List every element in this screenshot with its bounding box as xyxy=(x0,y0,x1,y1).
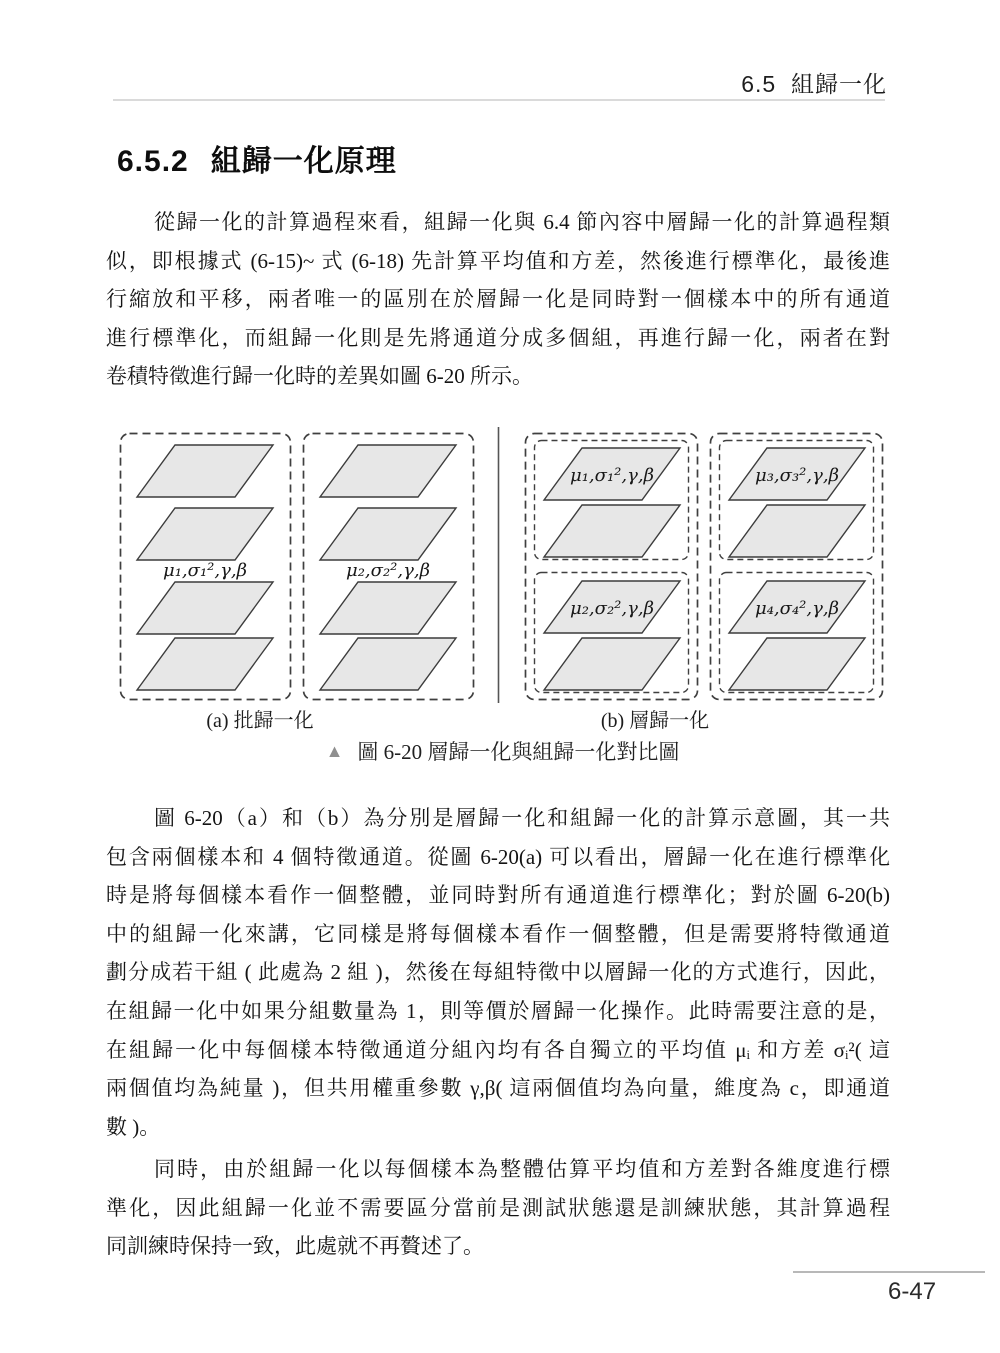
footer-rule xyxy=(793,1271,985,1273)
feature-map-plane xyxy=(137,508,273,560)
panel-b-caption: (b) 層歸一化 xyxy=(601,709,709,732)
feature-map-plane xyxy=(137,445,273,497)
stats-label: μ₂,σ₂²,γ,β xyxy=(346,560,430,581)
caption-triangle-marker: ▲ xyxy=(326,742,344,760)
stats-label: μ₂,σ₂²,γ,β xyxy=(570,598,654,619)
text-line: 劃分成若干組 ( 此處為 2 組 )，然後在每組特徵中以層歸一化的方式進行，因此… xyxy=(106,953,890,992)
section-heading-title: 組歸一化原理 xyxy=(211,136,397,180)
text-line: 包含兩個樣本和 4 個特徵通道。從圖 6-20(a) 可以看出，層歸一化在進行標… xyxy=(106,838,890,877)
text-line: 準化，因此組歸一化並不需要區分當前是測試狀態還是訓練狀態，其計算過程 xyxy=(106,1189,890,1228)
text-line: 在組歸一化中每個樣本特徵通道分組內均有各自獨立的平均值 μᵢ 和方差 σᵢ²( … xyxy=(106,1031,890,1070)
stats-label: μ₁,σ₁²,γ,β xyxy=(570,465,654,486)
text-line: 時是將每個樣本看作一個整體，並同時對所有通道進行標準化；對於圖 6-20(b) xyxy=(106,876,890,915)
feature-map-plane xyxy=(544,505,680,557)
paragraph-3: 同時，由於組歸一化以每個樣本為整體估算平均值和方差對各維度進行標 準化，因此組歸… xyxy=(106,1150,890,1266)
text-line: 從歸一化的計算過程來看，組歸一化與 6.4 節內容中層歸一化的計算過程類 xyxy=(106,203,890,242)
book-page: 6.5 組歸一化 6.5.2 組歸一化原理 從歸一化的計算過程來看，組歸一化與 … xyxy=(0,0,1000,1353)
page-number: 6-47 xyxy=(888,1278,988,1306)
stats-label: μ₃,σ₃²,γ,β xyxy=(755,465,839,486)
text-line: 行縮放和平移，兩者唯一的區別在於層歸一化是同時對一個樣本中的所有通道 xyxy=(106,280,890,319)
text-line: 中的組歸一化來講，它同樣是將每個樣本看作一個整體，但是需要將特徵通道 xyxy=(106,915,890,954)
text-line: 兩個值均為純量 )，但共用權重參數 γ,β( 這兩個值均為向量，維度為 c，即通… xyxy=(106,1069,890,1108)
stats-label: μ₄,σ₄²,γ,β xyxy=(755,598,839,619)
feature-map-plane xyxy=(137,638,273,690)
paragraph-1: 從歸一化的計算過程來看，組歸一化與 6.4 節內容中層歸一化的計算過程類 似，即… xyxy=(106,203,890,396)
stats-label: μ₁,σ₁²,γ,β xyxy=(163,560,247,581)
feature-map-plane xyxy=(320,582,456,634)
feature-map-plane xyxy=(729,638,865,690)
feature-map-plane xyxy=(544,638,680,690)
text-line: 同時，由於組歸一化以每個樣本為整體估算平均值和方差對各維度進行標 xyxy=(106,1150,890,1189)
feature-map-plane xyxy=(320,445,456,497)
panel-a-caption: (a) 批歸一化 xyxy=(206,709,313,732)
text-line: 同訓練時保持一致，此處就不再贅述了。 xyxy=(106,1227,890,1266)
text-line: 卷積特徵進行歸一化時的差異如圖 6-20 所示。 xyxy=(106,357,890,396)
text-line: 似，即根據式 (6-15)~ 式 (6-18) 先計算平均值和方差，然後進行標準… xyxy=(106,242,890,281)
figure-6-20-diagram: μ₁,σ₁²,γ,β μ₂,σ₂²,γ,β μ₁,σ₁²,γ,β μ₂,σ₂²,… xyxy=(115,425,890,735)
section-heading: 6.5.2 組歸一化原理 xyxy=(117,136,397,180)
paragraph-2: 圖 6-20（a）和（b）為分別是層歸一化和組歸一化的計算示意圖，其一共 包含兩… xyxy=(106,799,890,1146)
text-line: 進行標準化，而組歸一化則是先將通道分成多個組，再進行歸一化，兩者在對 xyxy=(106,319,890,358)
text-line: 數 )。 xyxy=(106,1108,890,1147)
feature-map-plane xyxy=(320,638,456,690)
feature-map-plane xyxy=(729,505,865,557)
figure-caption: ▲ 圖 6-20 層歸一化與組歸一化對比圖 xyxy=(115,736,890,766)
feature-map-plane xyxy=(137,582,273,634)
text-line: 在組歸一化中如果分組數量為 1，則等價於層歸一化操作。此時需要注意的是， xyxy=(106,992,890,1031)
text-line: 圖 6-20（a）和（b）為分別是層歸一化和組歸一化的計算示意圖，其一共 xyxy=(106,799,890,838)
running-head: 6.5 組歸一化 xyxy=(113,66,887,99)
section-heading-number: 6.5.2 xyxy=(117,145,189,179)
figure-caption-text: 圖 6-20 層歸一化與組歸一化對比圖 xyxy=(357,736,679,766)
header-rule xyxy=(113,99,885,101)
feature-map-plane xyxy=(320,508,456,560)
